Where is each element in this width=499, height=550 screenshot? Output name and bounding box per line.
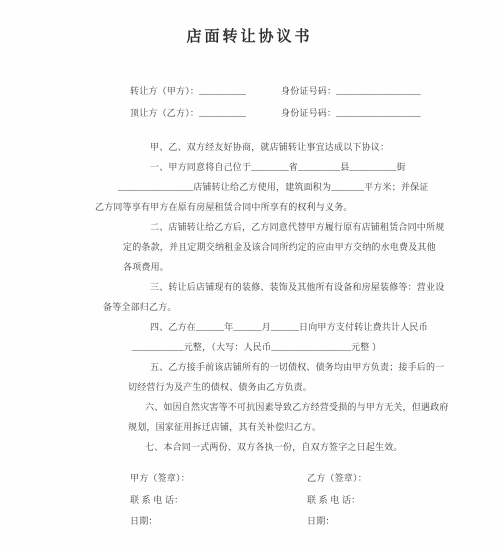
party-b-sign-label: 乙方（签章）： [307, 472, 367, 484]
clause-1-line-3: 乙方同等享有甲方在原有房屋租赁合同中所享有的权利与义务。 [95, 201, 353, 213]
clause-7-line-1: 七、本合同一式两份、双方各执一份，自双方签字之日起生效。 [145, 441, 403, 453]
clause-1-line-2: ________________店铺转让给乙方使用，建筑面积为_______平方… [118, 181, 429, 193]
clause-1-line-1: 一、甲方同意将自己位于________省_________县__________… [150, 161, 406, 173]
party-a-sign-label: 甲方（签章）： [130, 472, 190, 484]
intro-line: 甲、乙、双方经友好协商，就店铺转让事宜达成以下协议： [150, 141, 389, 153]
party-a-phone-label: 联 系 电 话： [130, 494, 183, 506]
clause-4-line-2: ___________元整，（大写：人民币_________________元整… [132, 341, 381, 353]
clause-4-line-1: 四、乙方在______年______月______日向甲方支付转让费共计人民币 [150, 321, 428, 333]
party-b-phone-label: 联 系 电 话： [307, 494, 360, 506]
clause-2-line-1: 二、店铺转让给乙方后，乙方同意代替甲方履行原有店铺租赁合同中所规 [150, 221, 444, 233]
clause-3-line-2: 备等全部归乙方。 [103, 301, 177, 313]
document-title: 店面转让协议书 [0, 25, 499, 46]
clause-5-line-2: 切经营行为及产生的债权、债务由乙方负责。 [128, 381, 312, 393]
clause-6-line-1: 六、如因自然灾害等不可抗因素导致乙方经营受损的与甲方无关，但遇政府 [145, 401, 449, 413]
clause-2-line-3: 各项费用。 [123, 261, 169, 273]
party-a-name-field: 转让方（甲方）：__________ [130, 85, 246, 97]
party-b-date-label: 日期： [307, 515, 335, 527]
party-a-date-label: 日期： [130, 515, 158, 527]
clause-5-line-1: 五、乙方接手前该店铺所有的一切债权、债务均由甲方负责；接手后的一 [150, 361, 444, 373]
clause-3-line-1: 三、转让后店铺现有的装修、装饰及其他所有设备和房屋装修等：营业设 [150, 281, 444, 293]
party-a-id-field: 身份证号码：__________________ [281, 85, 421, 97]
clause-2-line-2: 定的条款，并且定期交纳租金及该合同所约定的应由甲方交纳的水电费及其他 [123, 241, 436, 253]
party-b-id-field: 身份证号码：__________________ [281, 107, 421, 119]
clause-6-line-2: 规划，国家征用拆迁店铺，其有关补偿归乙方。 [128, 421, 321, 433]
party-b-name-field: 顶让方（乙方）：__________ [130, 107, 246, 119]
contract-document-page: 店面转让协议书 转让方（甲方）：__________身份证号码：________… [0, 0, 499, 550]
